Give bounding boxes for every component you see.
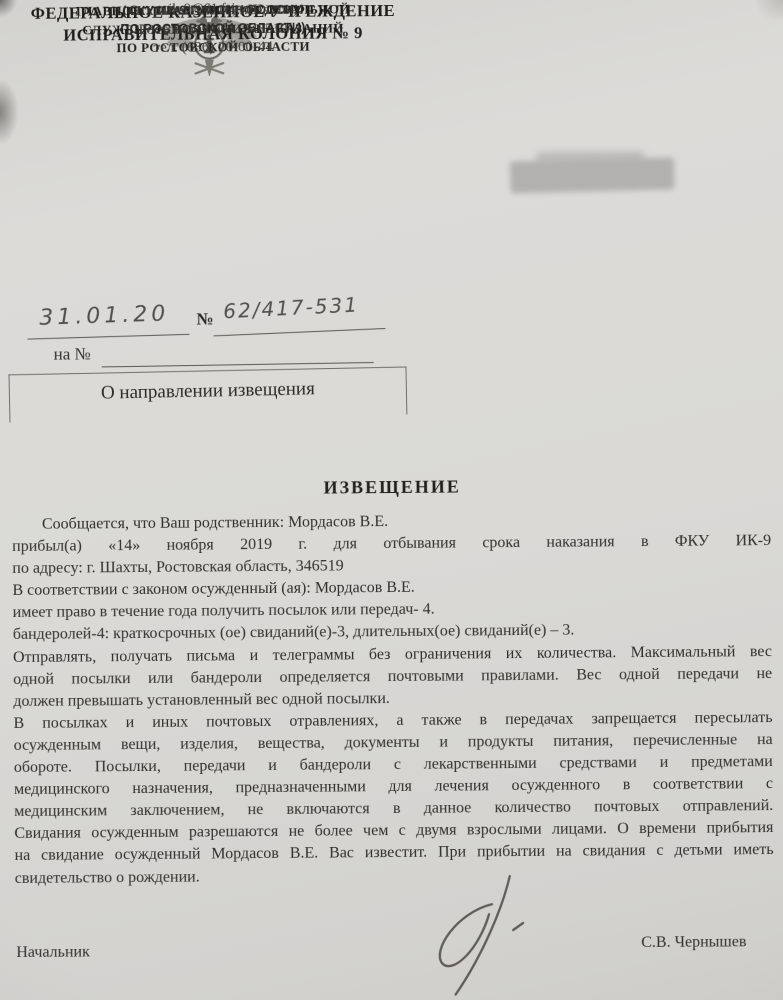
eagle-tail: [195, 60, 224, 76]
letter-sheet: ГЛАВНОЕ УПРАВЛЕНИЕ ФЕДЕРАЛЬНОЙ СЛУЖБЫ ИС…: [0, 0, 783, 1000]
signer-position: Начальник: [16, 943, 90, 962]
reply-to-label: на №: [54, 344, 91, 364]
subject-box: О направлении извещения: [9, 366, 408, 422]
redaction-blur: [510, 157, 675, 193]
address-line: тел. (636) 20-00-44: [0, 37, 429, 59]
handwritten-outgoing-number: 62/417-531: [223, 292, 360, 323]
scanned-letter-page: ГЛАВНОЕ УПРАВЛЕНИЕ ФЕДЕРАЛЬНОЙ СЛУЖБЫ ИС…: [0, 0, 783, 1000]
subject-text: О направлении извещения: [10, 367, 407, 406]
reply-to-underline: [102, 362, 374, 368]
number-sign: №: [196, 309, 213, 329]
number-underline: [214, 328, 386, 336]
date-underline: [28, 334, 190, 340]
document-body: Сообщается, что Ваш родственник: Мордасо…: [12, 508, 774, 890]
handwritten-signature-icon: [397, 856, 548, 1000]
signer-name: С.В. Чернышев: [641, 933, 746, 952]
document-title: ИЗВЕЩЕНИЕ: [1, 474, 783, 501]
handwritten-date: 31.01.20: [39, 301, 170, 330]
